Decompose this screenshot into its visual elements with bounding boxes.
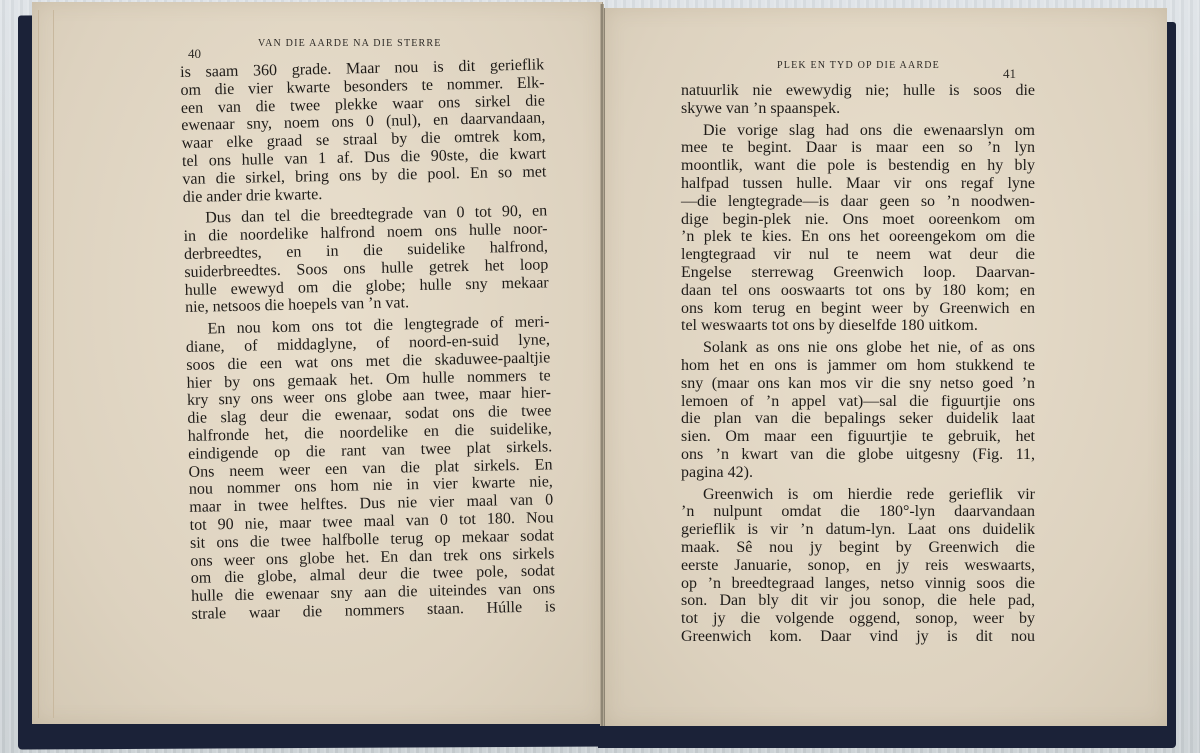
text-line: sien. Om maar een figuurtjie te gebruik,…	[681, 428, 1035, 446]
text-line: moontlik, want die pole is bestendig en …	[681, 157, 1035, 175]
text-line: natuurlik nie ewewydig nie; hulle is soo…	[681, 82, 1035, 100]
running-head-left: VAN DIE AARDE NA DIE STERRE	[258, 38, 442, 49]
text-line: tel weswaarts tot ons by dieselfde 180 u…	[681, 317, 1035, 335]
text-line: skywe van ’n spaanspek.	[681, 100, 1035, 118]
text-line: —die lengtegrade—is daar geen so ’n nood…	[681, 193, 1035, 211]
text-line: Engelse sterrewag Greenwich loop. Daarva…	[681, 264, 1035, 282]
text-line: halfpad tussen hulle. Maar vir ons regaf…	[681, 175, 1035, 193]
text-line: Greenwich kom. Daar vind jy is dit nou	[681, 628, 1035, 646]
text-line: Die vorige slag had ons die ewenaarslyn …	[681, 122, 1035, 140]
text-line: mee te begint. Daar is maar een so ’n ly…	[681, 139, 1035, 157]
right-page-body: natuurlik nie ewewydig nie; hulle is soo…	[681, 82, 1035, 646]
text-line: son. Dan bly dit vir jou sonop, die hele…	[681, 592, 1035, 610]
text-line: lemoen of ’n appel vat)—sal die figuurtj…	[681, 393, 1035, 411]
paragraph: natuurlik nie ewewydig nie; hulle is soo…	[681, 82, 1035, 118]
text-line: tot jy die volgende oggend, sonop, weer …	[681, 610, 1035, 628]
paragraph: Dus dan tel die breedtegrade van 0 tot 9…	[183, 203, 549, 317]
text-line: gerieflik is vir ’n datum-lyn. Laat ons …	[681, 521, 1035, 539]
text-line: hom het en ons is jammer om hom stukkend…	[681, 357, 1035, 375]
text-line: ’n nulpunt omdat die 180°-lyn daarvandaa…	[681, 503, 1035, 521]
paragraph: is saam 360 grade. Maar nou is dit gerie…	[180, 56, 547, 206]
text-line: pagina 42).	[681, 464, 1035, 482]
text-line: eerste Januarie, sonop, en jy reis weswa…	[681, 557, 1035, 575]
open-book: 40 VAN DIE AARDE NA DIE STERRE is saam 3…	[18, 14, 1176, 750]
text-line: op ’n breedtegraad langes, netso vinnig …	[681, 575, 1035, 593]
text-line: sny (maar ons kan mos vir die sny netso …	[681, 375, 1035, 393]
left-page-body: is saam 360 grade. Maar nou is dit gerie…	[180, 56, 556, 623]
text-line: lengtegraad vir nul te neem wat deur die	[681, 246, 1035, 264]
page-number-left: 40	[188, 46, 201, 62]
page-number-right: 41	[1003, 66, 1016, 82]
right-page: PLEK EN TYD OP DIE AARDE 41 natuurlik ni…	[604, 8, 1167, 726]
paragraph: En nou kom ons tot die lengtegrade of me…	[185, 313, 555, 623]
text-line: ons kom terug en begint weer by Greenwic…	[681, 300, 1035, 318]
paragraph: Solank as ons nie ons globe het nie, of …	[681, 339, 1035, 481]
text-line: dige begin-plek nie. Ons moet ooreenkom …	[681, 211, 1035, 229]
running-head-right: PLEK EN TYD OP DIE AARDE	[777, 60, 940, 71]
text-line: maak. Sê nou jy begint by Greenwich die	[681, 539, 1035, 557]
text-line: ’n plek te kies. En ons het ooreengekom …	[681, 228, 1035, 246]
left-page: 40 VAN DIE AARDE NA DIE STERRE is saam 3…	[32, 2, 603, 724]
paragraph: Die vorige slag had ons die ewenaarslyn …	[681, 122, 1035, 336]
text-line: Solank as ons nie ons globe het nie, of …	[681, 339, 1035, 357]
text-line: die plan van die bepalings seker duideli…	[681, 410, 1035, 428]
text-line: daan tel ons ooswaarts tot ons by 180 ko…	[681, 282, 1035, 300]
text-line: ons ’n kwart van die globe uitgesny (Fig…	[681, 446, 1035, 464]
text-line: Greenwich is om hierdie rede gerieflik v…	[681, 486, 1035, 504]
paragraph: Greenwich is om hierdie rede gerieflik v…	[681, 486, 1035, 646]
